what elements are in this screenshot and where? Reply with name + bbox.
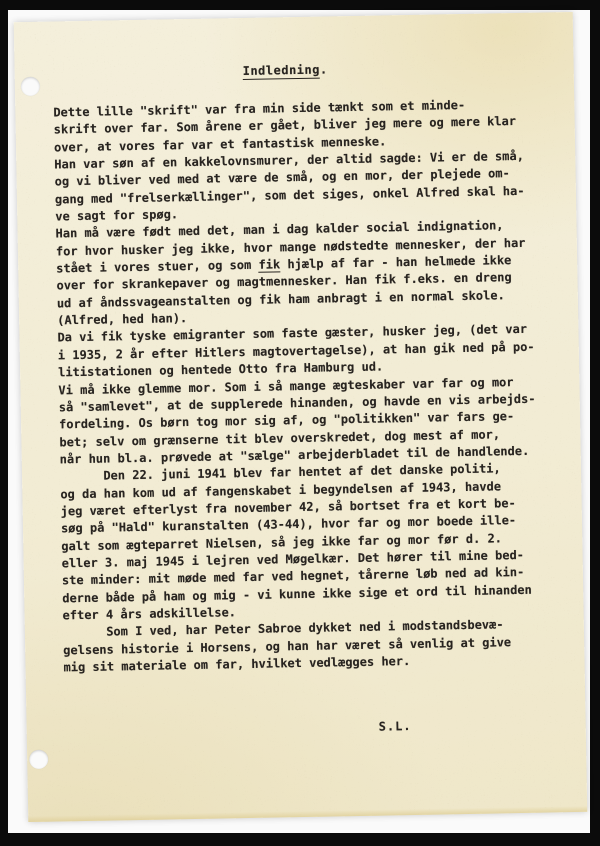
punch-hole-bottom — [29, 750, 48, 769]
underlined-word: fik — [258, 257, 280, 272]
punch-hole-top — [21, 77, 40, 96]
page-title: Indledning. — [53, 56, 558, 83]
page-title-period: . — [320, 62, 328, 76]
document-body: Dette lille "skrift" var fra min side tæ… — [53, 95, 568, 677]
signature-initials: S.L. — [379, 719, 412, 734]
page-title-text: Indledning — [243, 63, 321, 80]
document-page: Indledning. Dette lille "skrift" var fra… — [14, 12, 588, 822]
scan-frame: Indledning. Dette lille "skrift" var fra… — [0, 0, 600, 846]
document-content: Indledning. Dette lille "skrift" var fra… — [53, 56, 569, 676]
